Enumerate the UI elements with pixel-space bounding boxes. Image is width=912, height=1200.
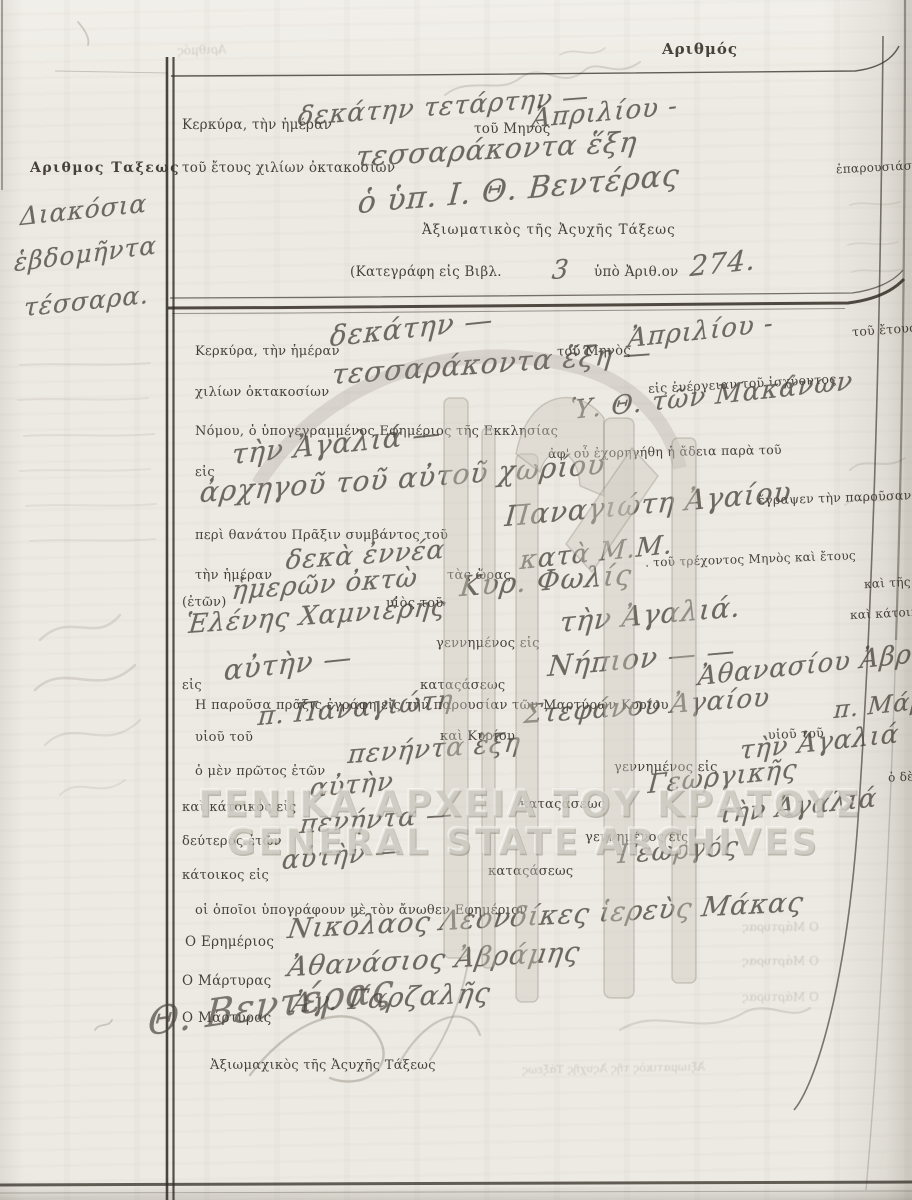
bleed-cursive-margin	[45, 720, 140, 745]
bleed-row-right	[850, 202, 900, 205]
page-number-label: Αριθμός	[662, 40, 738, 58]
bleed-row-right	[852, 269, 902, 272]
witness-son-of-label: υἱοῦ τοῦ	[195, 730, 253, 745]
act-resident-margin-label: καὶ κάτοικος	[850, 604, 912, 622]
bleed-row	[20, 363, 150, 365]
bleed-row	[20, 469, 150, 471]
scanned-death-record-page: ΓΕΝΙΚΑ ΑΡΧΕΙΑ ΤΟΥ ΚΡΑΤΟΥΣ GENERAL STATE …	[0, 0, 912, 1200]
bleed-mark-bottom-left	[95, 1020, 112, 1030]
act-year-label: χιλίων ὀκτακοσίων	[195, 385, 329, 400]
bleed-row	[24, 434, 154, 436]
divider-rule-thin	[170, 270, 903, 298]
reg-presented-label: ἐπαρουσιάσθη	[836, 158, 912, 177]
witness-resident2-label: κάτοικος εἰς	[182, 868, 269, 883]
flourish-loop	[400, 1017, 480, 1062]
reg-book-no: 3	[551, 254, 571, 286]
witness-status2-label: καταςάσεως	[488, 864, 573, 879]
priest-signature: Νικόλαος Λεονδίκες ἱερεὺς Μάκας	[286, 887, 807, 945]
act-church-value: Ὑ. Θ. τῶν Μακάνων	[569, 366, 854, 426]
reg-officer-title: Ἀξιωματικὸς τῆς Ἀςυχῆς Τάξεως	[422, 222, 676, 238]
bleed-flourish-bottom-right	[620, 1008, 810, 1030]
act-place-day-label: Κερκύρα, τὴν ἡμέραν	[195, 344, 340, 359]
witness2-father: π. Μάρκου	[833, 681, 912, 724]
scan-edge-bottom-echo	[0, 1191, 912, 1193]
act-born-label: γεννημένος εἰς	[436, 636, 540, 651]
act-current-month-label: . τοῦ τρέχοντος Μηνὸς καὶ ἔτους	[645, 548, 856, 569]
right-column-rule	[794, 36, 883, 1110]
witness1-father: π. Παναγιώτη	[257, 685, 455, 732]
bleed-script-top-2	[560, 48, 605, 55]
priest-signature-label: Ο Ερημέριος	[185, 934, 274, 950]
divider-rule-thick	[168, 279, 904, 308]
header-rule	[171, 46, 899, 76]
bleed-mark	[78, 22, 88, 45]
bleed-cursive-margin	[40, 615, 120, 640]
witness-second-margin-label: ὁ δὲ	[888, 769, 912, 784]
margin-number-word-2: ἑβδομῆντα	[14, 230, 158, 277]
act-year-margin-label: τοῦ ἔτους	[852, 320, 912, 339]
margin-number-word-1: Διακόσια	[19, 188, 147, 231]
reg-act-no: 274.	[689, 243, 757, 283]
margin-number-word-3: τέσσαρα.	[23, 280, 149, 322]
watermark-text-greek: ΓΕΝΙΚΑ ΑΡΧΕΙΑ ΤΟΥ ΚΡΑΤΟΥΣ	[198, 784, 862, 826]
scan-edge-bottom	[0, 1182, 912, 1185]
bleed-arithmos: Αριθμός	[177, 42, 227, 58]
reg-under-no-label: ὑπὸ Ἀριθ.ον	[594, 264, 679, 280]
witness2-name: Στεφάνου Ἀγαίου	[522, 683, 771, 730]
bleed-row-right	[848, 242, 898, 245]
margin-title: Αριθμος Ταξεως	[30, 160, 180, 176]
act-father-name: Κυρ. Φωλίς	[458, 558, 633, 603]
act-day-value: δεκάτην —	[329, 303, 495, 354]
bleed-row	[26, 504, 156, 506]
act-and-of-label: καὶ τῆς	[864, 575, 911, 591]
act-residence: αὐτὴν —	[223, 640, 354, 687]
watermark-text-english: GENERAL STATE ARCHIVES	[226, 822, 819, 864]
bleed-cursive-right	[850, 458, 905, 470]
bleed-cursive-margin	[35, 665, 135, 690]
act-at2-label: εἰς	[182, 678, 202, 693]
witness-first-age-label: ὁ μὲν πρῶτος ἐτῶν	[195, 764, 325, 779]
act-birthplace: τὴν Ἀγαλιά.	[559, 590, 743, 639]
bleed-martyras: Ο Μάρτυρας	[742, 990, 819, 1004]
officer-title-bottom: Ἀξιωμαχικὸς τῆς Ἀςυχῆς Τάξεως	[210, 1058, 436, 1073]
bleed-martyras: Ο Μάρτυρας	[742, 920, 819, 934]
reg-recorded-label: (Κατεγράφη εἰς Βιβλ.	[350, 264, 502, 280]
bleed-officer-title: Ἀξιωματικὸς τῆς Ἀςυχῆς Τάξεως	[522, 1060, 705, 1076]
witness1-age: πενήντα ἕξη	[346, 728, 522, 770]
header-rule-stub	[55, 71, 168, 73]
bleed-cursive-margin	[60, 780, 125, 795]
bleed-martyras: Ο Μάρτυρας	[742, 954, 819, 968]
bleed-row	[18, 398, 148, 400]
bleed-row	[30, 539, 155, 541]
